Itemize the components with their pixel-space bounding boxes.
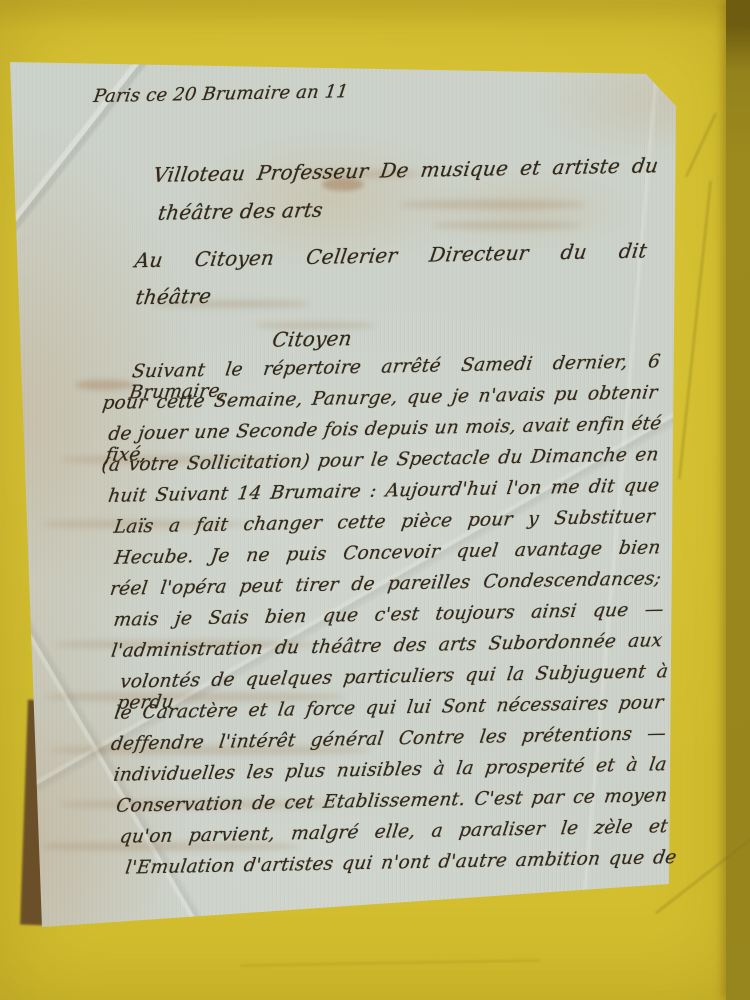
letter-body-line: Hecube. Je ne puis Concevoir quel avanta…	[113, 537, 662, 569]
letter-address-line: théâtre	[134, 284, 213, 310]
letter-body-line: huit Suivant 14 Brumaire : Aujourd'hui l…	[107, 475, 661, 507]
letter-address-line: Au Citoyen Cellerier Directeur du dit	[133, 238, 648, 272]
letter-date-line: Paris ce 20 Brumaire an 11	[92, 80, 387, 107]
photo-scene: Paris ce 20 Brumaire an 11 Villoteau Pro…	[0, 0, 750, 1000]
letter-text-layer: Paris ce 20 Brumaire an 11 Villoteau Pro…	[0, 0, 750, 1000]
letter-body-line: mais je Sais bien que c'est toujours ain…	[112, 599, 665, 631]
letter-body-line: individuelles les plus nuisibles à la pr…	[112, 754, 668, 786]
letter-body-line: Laïs a fait changer cette pièce pour y S…	[113, 506, 657, 537]
letter-body-line: réel l'opéra peut tirer de pareilles Con…	[109, 568, 663, 600]
letter-body-line: Conservation de cet Etablissement. C'est…	[115, 785, 669, 817]
letter-body-line: l'administration du théâtre des arts Sub…	[110, 630, 664, 662]
letter-body-line: qu'on parvient, malgré elle, a paraliser…	[118, 816, 669, 848]
letter-salutation: Citoyen	[271, 326, 354, 352]
letter-sender-line: Villoteau Professeur De musique et artis…	[152, 153, 660, 187]
letter-sender-line: théâtre des arts	[157, 198, 325, 225]
letter-body-line: deffendre l'intérêt général Contre les p…	[110, 723, 668, 755]
letter-body-line: l'Emulation d'artistes qui n'ont d'autre…	[124, 847, 678, 879]
